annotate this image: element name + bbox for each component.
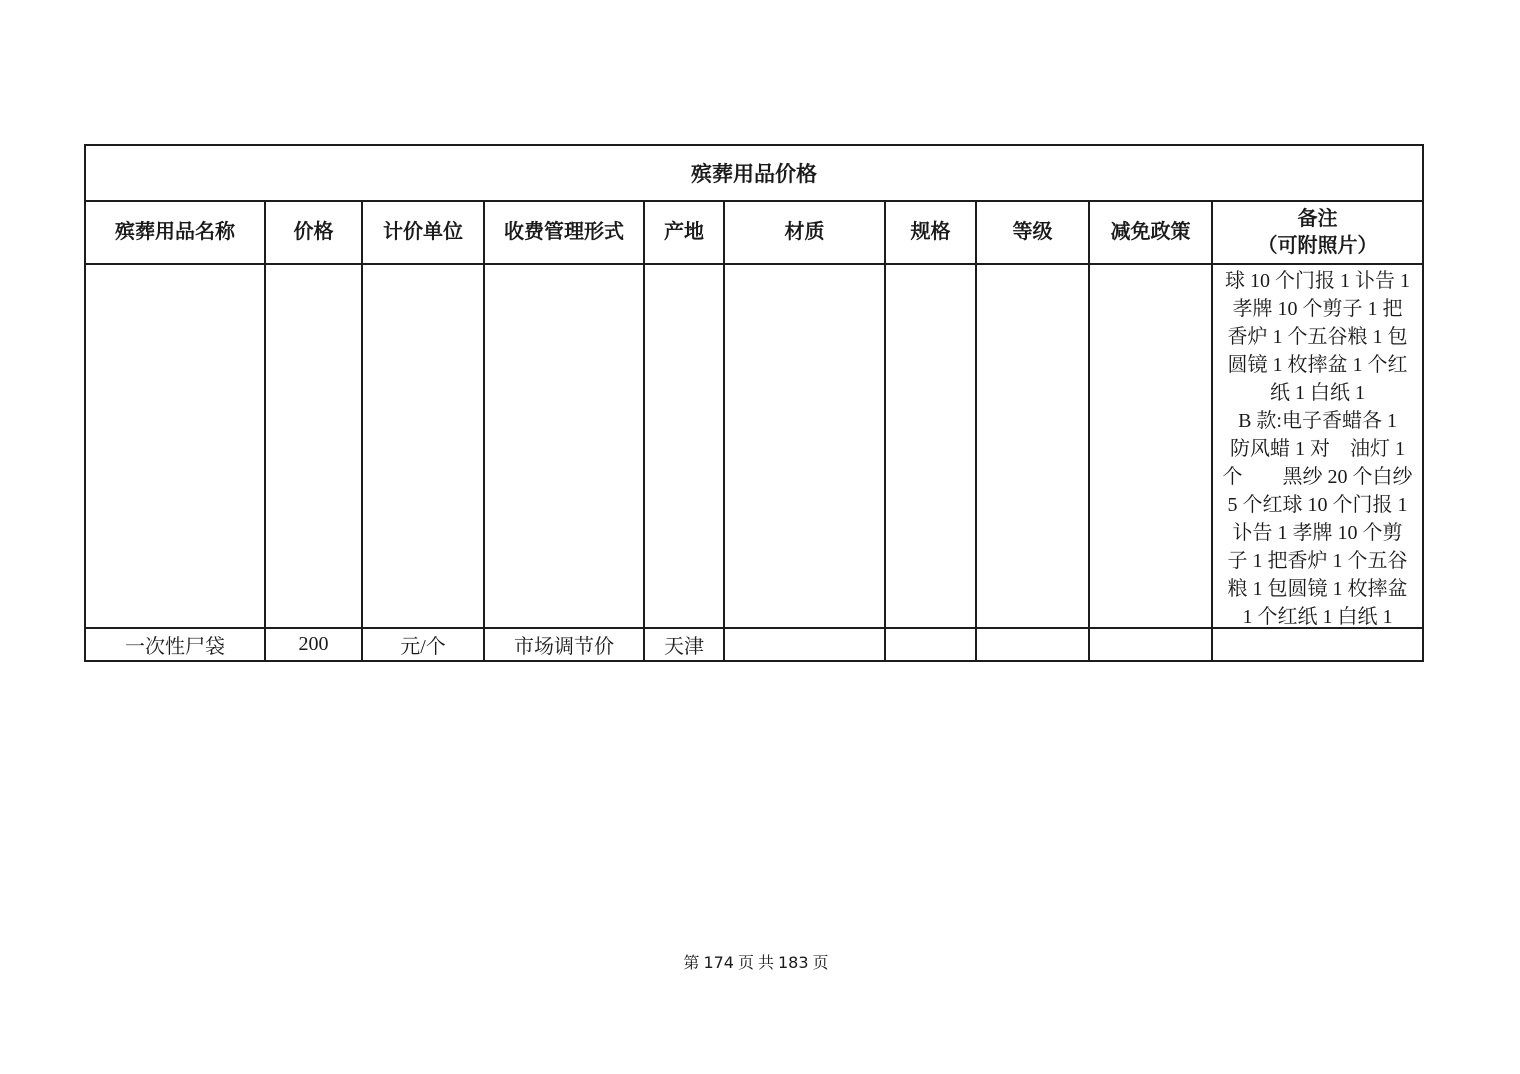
table-row-item: 一次性尸袋 200 元/个 市场调节价 天津 (85, 628, 1423, 661)
column-header-price: 价格 (265, 201, 362, 264)
cell-unit-empty (362, 264, 484, 628)
table-row-continuation: 球 10 个门报 1 讣告 1 孝牌 10 个剪子 1 把 香炉 1 个五谷粮 … (85, 264, 1423, 628)
column-header-name: 殡葬用品名称 (85, 201, 265, 264)
column-header-fee-management: 收费管理形式 (484, 201, 644, 264)
page-footer: 第 174 页 共 183 页 (0, 950, 1512, 973)
cell-grade (976, 628, 1089, 661)
cell-material-empty (724, 264, 885, 628)
footer-total-pages: 183 (778, 953, 809, 972)
cell-remark: 球 10 个门报 1 讣告 1 孝牌 10 个剪子 1 把 香炉 1 个五谷粮 … (1212, 264, 1423, 628)
column-header-remark: 备注 （可附照片） (1212, 201, 1423, 264)
footer-prefix: 第 (683, 955, 699, 972)
table-title: 殡葬用品价格 (85, 145, 1423, 201)
cell-name: 一次性尸袋 (85, 628, 265, 661)
cell-spec-empty (885, 264, 976, 628)
footer-middle: 页 共 (738, 955, 774, 972)
column-header-policy: 减免政策 (1089, 201, 1212, 264)
table-header-row: 殡葬用品名称 价格 计价单位 收费管理形式 产地 材质 规格 等级 减免政策 备… (85, 201, 1423, 264)
cell-spec (885, 628, 976, 661)
cell-price: 200 (265, 628, 362, 661)
cell-origin-empty (644, 264, 724, 628)
cell-fee-management: 市场调节价 (484, 628, 644, 661)
column-header-material: 材质 (724, 201, 885, 264)
cell-price-empty (265, 264, 362, 628)
footer-suffix: 页 (813, 955, 829, 972)
cell-policy-empty (1089, 264, 1212, 628)
cell-grade-empty (976, 264, 1089, 628)
table-title-row: 殡葬用品价格 (85, 145, 1423, 201)
cell-material (724, 628, 885, 661)
column-header-origin: 产地 (644, 201, 724, 264)
document-page: 殡葬用品价格 殡葬用品名称 价格 计价单位 收费管理形式 产地 材质 规格 等级… (0, 0, 1520, 1074)
column-header-spec: 规格 (885, 201, 976, 264)
column-header-unit: 计价单位 (362, 201, 484, 264)
column-header-grade: 等级 (976, 201, 1089, 264)
footer-page-number: 174 (703, 953, 734, 972)
remark-continuation-text: 球 10 个门报 1 讣告 1 孝牌 10 个剪子 1 把 香炉 1 个五谷粮 … (1213, 265, 1422, 627)
cell-fee-management-empty (484, 264, 644, 628)
cell-unit: 元/个 (362, 628, 484, 661)
cell-origin: 天津 (644, 628, 724, 661)
funeral-supplies-price-table: 殡葬用品价格 殡葬用品名称 价格 计价单位 收费管理形式 产地 材质 规格 等级… (84, 144, 1424, 662)
cell-policy (1089, 628, 1212, 661)
cell-remark-empty (1212, 628, 1423, 661)
cell-name-empty (85, 264, 265, 628)
